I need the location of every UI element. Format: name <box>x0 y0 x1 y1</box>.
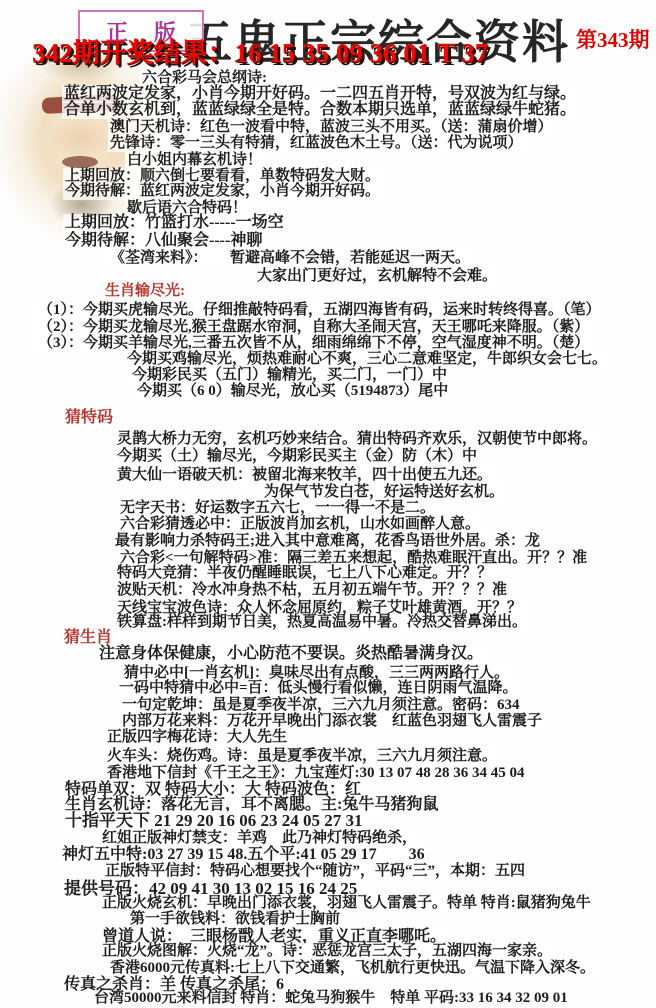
text-line: （3）：今期买羊输尽光,三番五次皆不从，细雨绵绵下不停，空气湿度神不明。（楚） <box>36 335 591 352</box>
text-line: 火车头：烧伤鸡。诗：虽是夏季夜半凉，三六九月须注意。 <box>105 748 499 765</box>
text-line: 今期待解：蓝红两波定发家，小肖今期开好码。 <box>63 183 382 200</box>
text-line: 十指平天下 21 29 20 16 06 23 24 05 27 31 <box>63 811 365 830</box>
text-line: 上期回放：竹篮打水-----一场空 <box>63 214 286 232</box>
text-line: 今期买（土）输尽光，今期彩民买主（金）防（木）中 <box>115 448 479 465</box>
portrait-face <box>48 116 114 160</box>
text-line: 今期彩民买（五门）输精光，买二门，一门）中 <box>130 367 449 384</box>
text-line: 正版火烧玄机：早晚出门添衣裳，羽翅飞人雷震子。特单 特肖:鼠猪狗兔牛 <box>100 895 593 912</box>
text-line: 注意身体保健康，小心防范不要误。炎热酷暑满身汉。 <box>97 645 485 663</box>
text-line: 合单小数玄机到，蓝蓝绿绿全是特。合数本期只选单，蓝蓝绿绿牛蛇猪。 <box>62 101 578 119</box>
text-line: 正版特平信封：特码心想要找个“随访”，平码“三”，本期：五四 <box>103 863 527 880</box>
text-line: 为保气节发白苍，好运特送好玄机。 <box>262 484 506 501</box>
text-line: 特码大竞猜：半夜仍醒睡眠误，七上八下心难定。开？？ <box>115 565 494 582</box>
text-line: 无字天书：好运数字五六七，一一得一不是二。 <box>118 500 437 517</box>
portrait-smile <box>62 156 98 168</box>
text-line: 先锋诗：零一三头有特猜，红蓝波色木土号。（送：代为说项） <box>108 135 525 152</box>
text-line: 神灯五中特:03 27 39 15 48.五个平:41 05 29 17 36 <box>60 846 427 864</box>
text-line: 澳门天机诗：红色一波看中特，蓝波三头不用买。（送：蒲扇价增） <box>108 119 555 136</box>
text-line: 台湾50000元来料信封 特肖：蛇兔马狗猴牛 特单 平码:33 16 34 32… <box>92 990 570 1007</box>
text-line: 香港6000元传真料:七上八下交通繁，飞机航行更快迅。气温下降入深冬。 <box>108 960 597 977</box>
text-line: 一码中特猜中必中=百：低头慢行看似懒，连日阴雨气温降。 <box>117 680 520 697</box>
text-line: 今期待解：八仙聚会----神聊 <box>63 232 264 250</box>
section-heading: 生肖输尽光: <box>103 283 187 300</box>
text-line: 黄大仙一语破天机：被留北海来牧羊，四十出使五九还。 <box>115 467 494 484</box>
text-line: 第一手欲钱料：欲钱看护士胸前 <box>128 911 342 928</box>
text-line: 《荃湾来料》： 暂避高峰不会错，若能延迟一两天。 <box>108 250 472 267</box>
text-line: 大家出门更好过，玄机解特不会难。 <box>255 268 499 285</box>
text-line: 铁算盘:样样到期节日美，热夏高温易中暑。冷热交替鼻涕出。 <box>115 614 529 631</box>
text-line: 红姐正版神灯禁支：羊鸡 此乃神灯特码绝杀， <box>100 830 419 847</box>
text-line: 内部万花来料：万花开早晚出门添衣裳 红蓝色羽翅飞人雷震子 <box>120 713 544 730</box>
text-line: 正版四字梅花诗：大人先生 <box>105 729 289 746</box>
text-line: 最有影响力杀特码王;进入其中意难离，花香鸟语世外居。杀：龙 <box>113 533 542 550</box>
text-line: 今期买（6 0）输尽光，放心买（5194873）尾中 <box>135 383 450 400</box>
text-line: （2）：今期买龙输尽光,猴王盘踞水帘洞，自称大圣闹天宫，天王哪吒来降服。（紫） <box>36 319 591 336</box>
text-line: 香港地下信封《千王之王》：九宝莲灯:30 13 07 48 28 36 34 4… <box>105 765 527 782</box>
previous-draw-result: 342期开奖结果：16 15 35 09 36 01 T 37 <box>32 31 488 70</box>
text-line: 正版火烧图解：火烧“龙”。诗：恶惩龙宫三太子，五湖四海一家亲。 <box>100 943 554 960</box>
text-line: 白小姐内幕玄机诗！ <box>125 152 264 169</box>
text-line: 今期买鸡输尽光，烦热难耐心不爽，三心二意难坚定，牛郎织女会七七。 <box>125 351 609 368</box>
section-heading: 猜特码 <box>63 409 115 427</box>
lottery-tip-sheet: 五鬼正宗综合资料 正版 第343期 342期开奖结果：16 15 35 09 3… <box>0 0 656 1008</box>
text-line: 波贴天机：冷水冲身热不枯，五月初五端午节。开？？？准 <box>115 582 509 599</box>
text-line: （1）：今期买虎输尽光。仔细推敲特码看，五湖四海皆有码，运来时转终得喜。（笔） <box>36 302 603 319</box>
text-line: 六合彩猜透必中：正版波肖加玄机，山水如画醉人意。 <box>118 516 482 533</box>
issue-number: 第343期 <box>576 24 650 54</box>
text-line: 一句定乾坤：虽是夏季夜半凉，三六九月须注意。密码：634 <box>120 697 522 714</box>
text-line: 灵鹊大桥力无穷，玄机巧妙来结合。猜出特码齐欢乐，汉朝使节中郎将。 <box>115 431 599 448</box>
